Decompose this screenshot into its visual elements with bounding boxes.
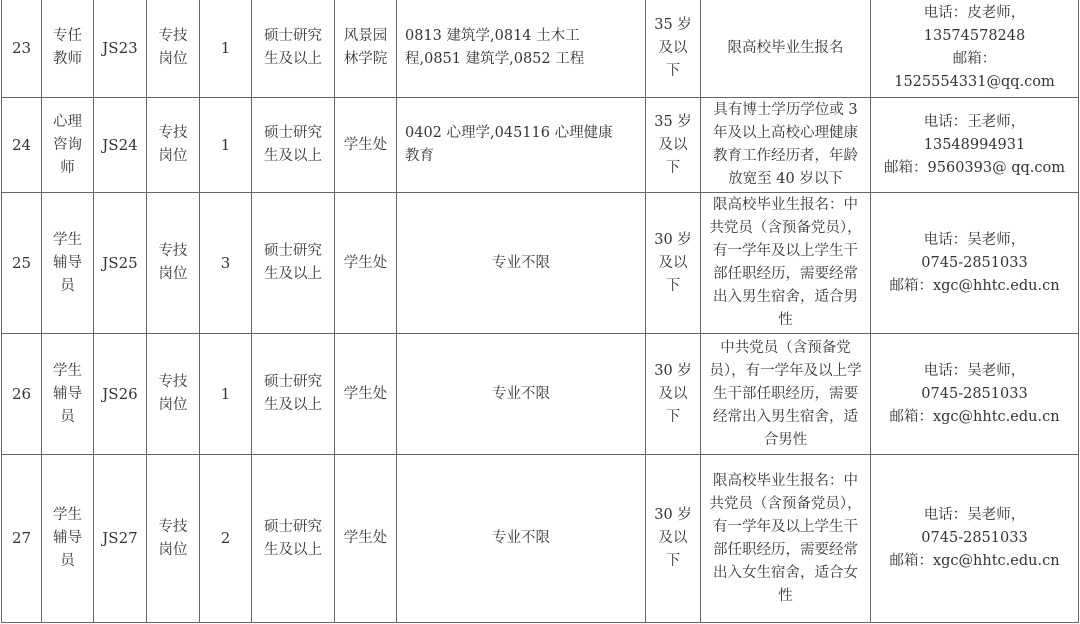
cell-requirements: 限高校毕业生报名 bbox=[701, 0, 871, 98]
cell-requirements-line: 性 bbox=[707, 585, 864, 608]
cell-age-limit-line: 下 bbox=[650, 550, 696, 573]
cell-department: 学生处 bbox=[335, 455, 397, 623]
cell-position-name: 学生辅导员 bbox=[42, 455, 94, 623]
cell-age-limit-line: 30 岁 bbox=[650, 504, 696, 527]
cell-major-line: 专业不限 bbox=[401, 527, 641, 550]
cell-index: 23 bbox=[2, 0, 42, 98]
cell-age-limit: 35 岁及以下 bbox=[646, 0, 701, 98]
cell-education-line: 生及以上 bbox=[256, 145, 330, 168]
cell-position-name: 学生辅导员 bbox=[42, 193, 94, 334]
cell-requirements-line: 员），有一学年及以上学 bbox=[707, 360, 864, 383]
cell-major: 专业不限 bbox=[397, 193, 646, 334]
cell-education: 硕士研究生及以上 bbox=[252, 455, 335, 623]
cell-department: 学生处 bbox=[335, 98, 397, 193]
cell-contact: 电话：吴老师，0745-2851033邮箱：xgc@hhtc.edu.cn bbox=[871, 334, 1079, 455]
cell-requirements-line: 限高校毕业生报名 bbox=[707, 37, 864, 60]
cell-contact-line: 邮箱：xgc@hhtc.edu.cn bbox=[875, 275, 1074, 298]
cell-position-name-line: 辅导 bbox=[46, 527, 89, 550]
cell-education-line: 硕士研究 bbox=[256, 371, 330, 394]
cell-position-code: JS26 bbox=[94, 334, 147, 455]
cell-position-name: 专任教师 bbox=[42, 0, 94, 98]
cell-post-type-line: 专技 bbox=[151, 122, 195, 145]
cell-post-type-line: 专技 bbox=[151, 240, 195, 263]
cell-post-type-line: 专技 bbox=[151, 371, 195, 394]
cell-contact-line: 电话：王老师， bbox=[875, 111, 1074, 134]
cell-department: 风景园林学院 bbox=[335, 0, 397, 98]
cell-requirements-line: 部任职经历，需要经常 bbox=[707, 263, 864, 286]
table-row: 27学生辅导员JS27专技岗位2硕士研究生及以上学生处专业不限30 岁及以下限高… bbox=[2, 455, 1079, 623]
cell-major: 0402 心理学,045116 心理健康教育 bbox=[397, 98, 646, 193]
cell-department: 学生处 bbox=[335, 334, 397, 455]
cell-major-line: 教育 bbox=[405, 145, 641, 168]
cell-education: 硕士研究生及以上 bbox=[252, 0, 335, 98]
cell-age-limit-line: 下 bbox=[650, 406, 696, 429]
cell-contact-line: 13548994931 bbox=[875, 134, 1074, 157]
cell-index: 26 bbox=[2, 334, 42, 455]
cell-age-limit-line: 下 bbox=[650, 157, 696, 180]
cell-position-name-line: 员 bbox=[46, 406, 89, 429]
cell-education: 硕士研究生及以上 bbox=[252, 334, 335, 455]
cell-requirements-line: 限高校毕业生报名：中 bbox=[707, 194, 864, 217]
cell-position-name-line: 师 bbox=[46, 157, 89, 180]
cell-education-line: 生及以上 bbox=[256, 394, 330, 417]
cell-requirements-line: 经常出入男生宿舍，适 bbox=[707, 406, 864, 429]
cell-major-line: 专业不限 bbox=[401, 383, 641, 406]
cell-age-limit-line: 35 岁 bbox=[650, 111, 696, 134]
cell-education-line: 生及以上 bbox=[256, 539, 330, 562]
cell-position-code: JS25 bbox=[94, 193, 147, 334]
cell-education: 硕士研究生及以上 bbox=[252, 193, 335, 334]
cell-contact-line: 邮箱： bbox=[875, 48, 1074, 71]
cell-position-code: JS27 bbox=[94, 455, 147, 623]
cell-education-line: 生及以上 bbox=[256, 263, 330, 286]
cell-contact-line: 邮箱：xgc@hhtc.edu.cn bbox=[875, 406, 1074, 429]
cell-age-limit-line: 及以 bbox=[650, 37, 696, 60]
cell-post-type: 专技岗位 bbox=[147, 334, 200, 455]
cell-requirements-line: 具有博士学历学位或 3 bbox=[707, 99, 864, 122]
cell-post-type-line: 专技 bbox=[151, 516, 195, 539]
cell-position-name-line: 心理 bbox=[46, 111, 89, 134]
cell-requirements-line: 出入男生宿舍，适合男 bbox=[707, 286, 864, 309]
cell-contact: 电话：王老师，13548994931邮箱：9560393@ qq.com bbox=[871, 98, 1079, 193]
cell-contact-line: 电话：吴老师， bbox=[875, 504, 1074, 527]
cell-contact-line: 0745-2851033 bbox=[875, 252, 1074, 275]
cell-post-type-line: 岗位 bbox=[151, 263, 195, 286]
cell-post-type-line: 岗位 bbox=[151, 394, 195, 417]
cell-department-line: 风景园 bbox=[339, 25, 392, 48]
cell-position-name-line: 专任 bbox=[46, 25, 89, 48]
cell-age-limit-line: 及以 bbox=[650, 134, 696, 157]
cell-major: 专业不限 bbox=[397, 455, 646, 623]
cell-position-name-line: 员 bbox=[46, 550, 89, 573]
cell-post-type-line: 专技 bbox=[151, 25, 195, 48]
cell-major: 0813 建筑学,0814 土木工程,0851 建筑学,0852 工程 bbox=[397, 0, 646, 98]
cell-age-limit-line: 下 bbox=[650, 275, 696, 298]
cell-hiring-count: 1 bbox=[200, 334, 252, 455]
cell-requirements-line: 性 bbox=[707, 309, 864, 332]
cell-post-type-line: 岗位 bbox=[151, 539, 195, 562]
cell-post-type-line: 岗位 bbox=[151, 145, 195, 168]
cell-requirements-line: 有一学年及以上学生干 bbox=[707, 240, 864, 263]
cell-age-limit-line: 及以 bbox=[650, 527, 696, 550]
cell-position-name: 心理咨询师 bbox=[42, 98, 94, 193]
cell-post-type: 专技岗位 bbox=[147, 455, 200, 623]
cell-position-name-line: 员 bbox=[46, 275, 89, 298]
cell-major-line: 0813 建筑学,0814 土木工 bbox=[405, 25, 641, 48]
cell-education: 硕士研究生及以上 bbox=[252, 98, 335, 193]
cell-position-code: JS24 bbox=[94, 98, 147, 193]
cell-requirements-line: 年及以上高校心理健康 bbox=[707, 122, 864, 145]
cell-position-name: 学生辅导员 bbox=[42, 334, 94, 455]
cell-department-line: 学生处 bbox=[339, 134, 392, 157]
cell-requirements-line: 共党员（含预备党员）， bbox=[707, 493, 864, 516]
cell-position-name-line: 学生 bbox=[46, 504, 89, 527]
cell-age-limit-line: 下 bbox=[650, 60, 696, 83]
cell-requirements: 限高校毕业生报名：中共党员（含预备党员），有一学年及以上学生干部任职经历，需要经… bbox=[701, 455, 871, 623]
cell-position-name-line: 咨询 bbox=[46, 134, 89, 157]
cell-major-line: 0402 心理学,045116 心理健康 bbox=[405, 122, 641, 145]
cell-requirements-line: 生干部任职经历，需要 bbox=[707, 383, 864, 406]
cell-requirements-line: 部任职经历，需要经常 bbox=[707, 539, 864, 562]
table-row: 25学生辅导员JS25专技岗位3硕士研究生及以上学生处专业不限30 岁及以下限高… bbox=[2, 193, 1079, 334]
cell-education-line: 硕士研究 bbox=[256, 122, 330, 145]
cell-contact-line: 邮箱：xgc@hhtc.edu.cn bbox=[875, 550, 1074, 573]
cell-contact-line: 0745-2851033 bbox=[875, 383, 1074, 406]
table-row: 23专任教师JS23专技岗位1硕士研究生及以上风景园林学院0813 建筑学,08… bbox=[2, 0, 1079, 98]
cell-contact-line: 电话：吴老师， bbox=[875, 229, 1074, 252]
cell-contact-line: 邮箱：9560393@ qq.com bbox=[875, 157, 1074, 180]
cell-requirements-line: 有一学年及以上学生干 bbox=[707, 516, 864, 539]
table-row: 26学生辅导员JS26专技岗位1硕士研究生及以上学生处专业不限30 岁及以下中共… bbox=[2, 334, 1079, 455]
cell-position-name-line: 学生 bbox=[46, 360, 89, 383]
cell-position-name-line: 学生 bbox=[46, 229, 89, 252]
cell-education-line: 硕士研究 bbox=[256, 240, 330, 263]
cell-contact-line: 13574578248 bbox=[875, 25, 1074, 48]
cell-position-name-line: 教师 bbox=[46, 48, 89, 71]
cell-requirements-line: 出入女生宿舍，适合女 bbox=[707, 562, 864, 585]
cell-position-code: JS23 bbox=[94, 0, 147, 98]
cell-position-name-line: 辅导 bbox=[46, 383, 89, 406]
cell-requirements: 具有博士学历学位或 3年及以上高校心理健康教育工作经历者，年龄放宽至 40 岁以… bbox=[701, 98, 871, 193]
cell-post-type: 专技岗位 bbox=[147, 98, 200, 193]
cell-position-name-line: 辅导 bbox=[46, 252, 89, 275]
cell-hiring-count: 2 bbox=[200, 455, 252, 623]
cell-age-limit-line: 30 岁 bbox=[650, 229, 696, 252]
cell-post-type: 专技岗位 bbox=[147, 193, 200, 334]
cell-education-line: 生及以上 bbox=[256, 48, 330, 71]
cell-requirements: 中共党员（含预备党员），有一学年及以上学生干部任职经历，需要经常出入男生宿舍，适… bbox=[701, 334, 871, 455]
cell-department-line: 学生处 bbox=[339, 252, 392, 275]
cell-contact-line: 0745-2851033 bbox=[875, 527, 1074, 550]
cell-contact-line: 电话：吴老师， bbox=[875, 360, 1074, 383]
cell-requirements: 限高校毕业生报名：中共党员（含预备党员），有一学年及以上学生干部任职经历，需要经… bbox=[701, 193, 871, 334]
cell-requirements-line: 合男性 bbox=[707, 429, 864, 452]
cell-age-limit: 30 岁及以下 bbox=[646, 334, 701, 455]
cell-post-type-line: 岗位 bbox=[151, 48, 195, 71]
cell-age-limit: 30 岁及以下 bbox=[646, 455, 701, 623]
cell-contact-line: 电话：皮老师， bbox=[875, 2, 1074, 25]
cell-age-limit-line: 及以 bbox=[650, 383, 696, 406]
cell-contact: 电话：皮老师，13574578248邮箱：1525554331@qq.com bbox=[871, 0, 1079, 98]
cell-department-line: 学生处 bbox=[339, 527, 392, 550]
cell-age-limit-line: 30 岁 bbox=[650, 360, 696, 383]
cell-requirements-line: 共党员（含预备党员）， bbox=[707, 217, 864, 240]
cell-index: 27 bbox=[2, 455, 42, 623]
cell-education-line: 硕士研究 bbox=[256, 516, 330, 539]
cell-age-limit-line: 35 岁 bbox=[650, 14, 696, 37]
cell-contact: 电话：吴老师，0745-2851033邮箱：xgc@hhtc.edu.cn bbox=[871, 193, 1079, 334]
cell-major: 专业不限 bbox=[397, 334, 646, 455]
cell-education-line: 硕士研究 bbox=[256, 25, 330, 48]
cell-age-limit: 35 岁及以下 bbox=[646, 98, 701, 193]
cell-major-line: 程,0851 建筑学,0852 工程 bbox=[405, 48, 641, 71]
cell-department: 学生处 bbox=[335, 193, 397, 334]
cell-contact: 电话：吴老师，0745-2851033邮箱：xgc@hhtc.edu.cn bbox=[871, 455, 1079, 623]
cell-hiring-count: 1 bbox=[200, 98, 252, 193]
cell-requirements-line: 教育工作经历者，年龄 bbox=[707, 145, 864, 168]
cell-index: 24 bbox=[2, 98, 42, 193]
cell-hiring-count: 3 bbox=[200, 193, 252, 334]
cell-requirements-line: 限高校毕业生报名：中 bbox=[707, 470, 864, 493]
cell-age-limit-line: 及以 bbox=[650, 252, 696, 275]
cell-department-line: 学生处 bbox=[339, 383, 392, 406]
recruitment-table: 23专任教师JS23专技岗位1硕士研究生及以上风景园林学院0813 建筑学,08… bbox=[1, 0, 1079, 623]
table-row: 24心理咨询师JS24专技岗位1硕士研究生及以上学生处0402 心理学,0451… bbox=[2, 98, 1079, 193]
cell-department-line: 林学院 bbox=[339, 48, 392, 71]
cell-major-line: 专业不限 bbox=[401, 252, 641, 275]
cell-contact-line: 1525554331@qq.com bbox=[875, 71, 1074, 94]
cell-age-limit: 30 岁及以下 bbox=[646, 193, 701, 334]
cell-hiring-count: 1 bbox=[200, 0, 252, 98]
cell-requirements-line: 中共党员（含预备党 bbox=[707, 337, 864, 360]
cell-post-type: 专技岗位 bbox=[147, 0, 200, 98]
cell-requirements-line: 放宽至 40 岁以下 bbox=[707, 168, 864, 191]
cell-index: 25 bbox=[2, 193, 42, 334]
